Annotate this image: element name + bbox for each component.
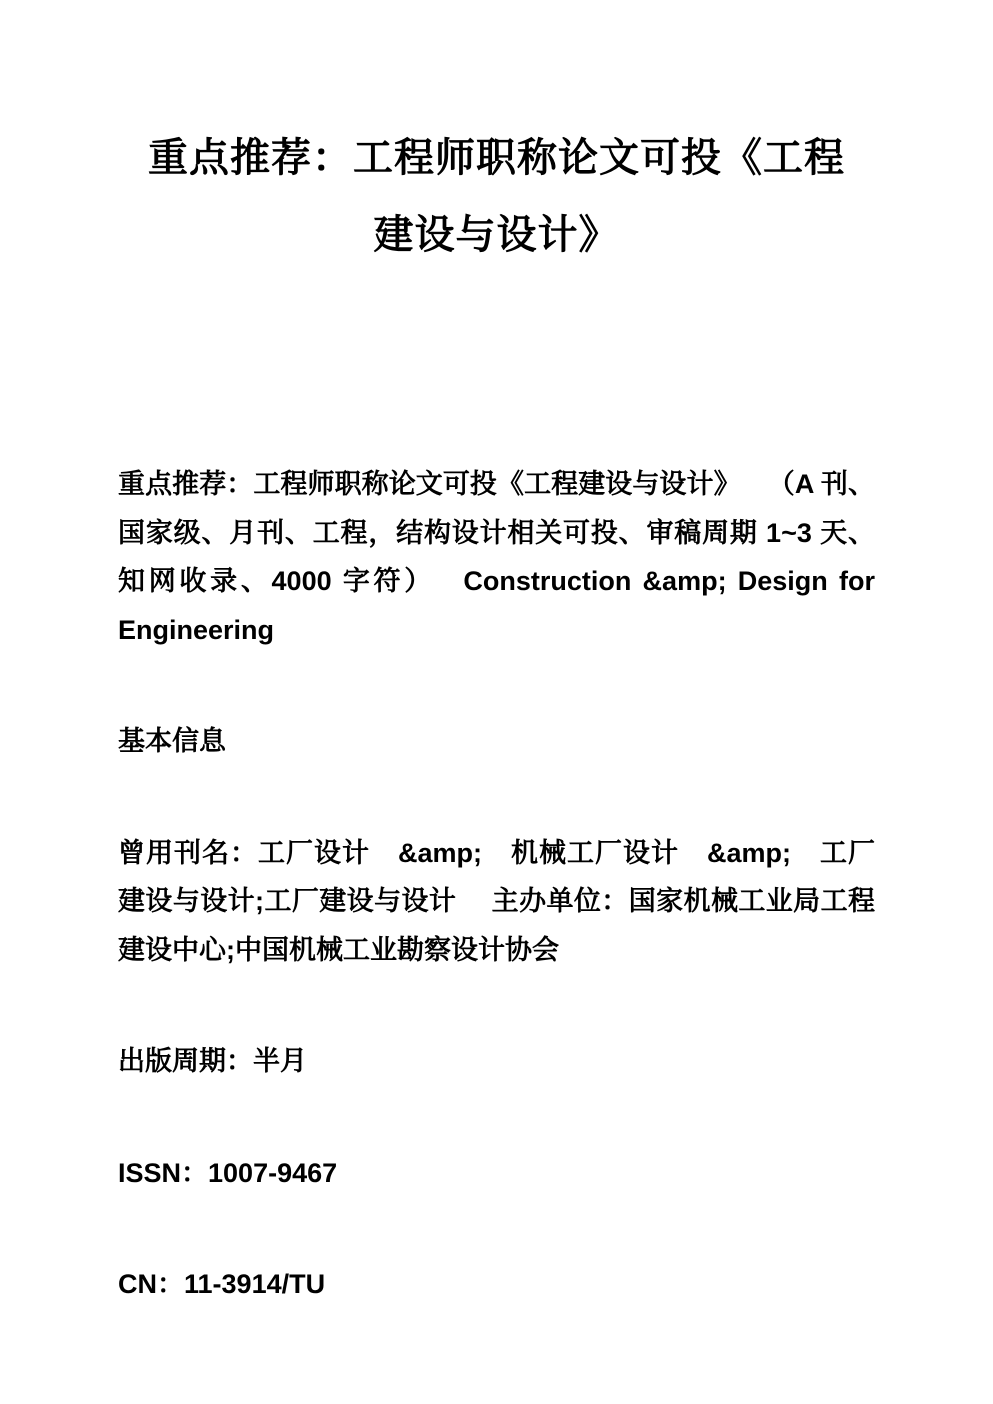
publication-cycle-line: 出版周期：半月 — [118, 1037, 875, 1086]
document-page: 重点推荐：工程师职称论文可投《工程建设与设计》 重点推荐：工程师职称论文可投《工… — [0, 0, 993, 1404]
former-names-paragraph: 曾用刊名：工厂设计 &amp; 机械工厂设计 &amp; 工厂建设与设计;工厂建… — [118, 829, 875, 975]
section-heading-basic-info: 基本信息 — [118, 717, 875, 766]
cn-number-line: CN：11-3914/TU — [118, 1260, 875, 1309]
intro-paragraph: 重点推荐：工程师职称论文可投《工程建设与设计》 （A 刊、国家级、月刊、工程，结… — [118, 460, 875, 654]
issn-line: ISSN：1007-9467 — [118, 1149, 875, 1198]
page-title: 重点推荐：工程师职称论文可投《工程建设与设计》 — [141, 0, 853, 274]
